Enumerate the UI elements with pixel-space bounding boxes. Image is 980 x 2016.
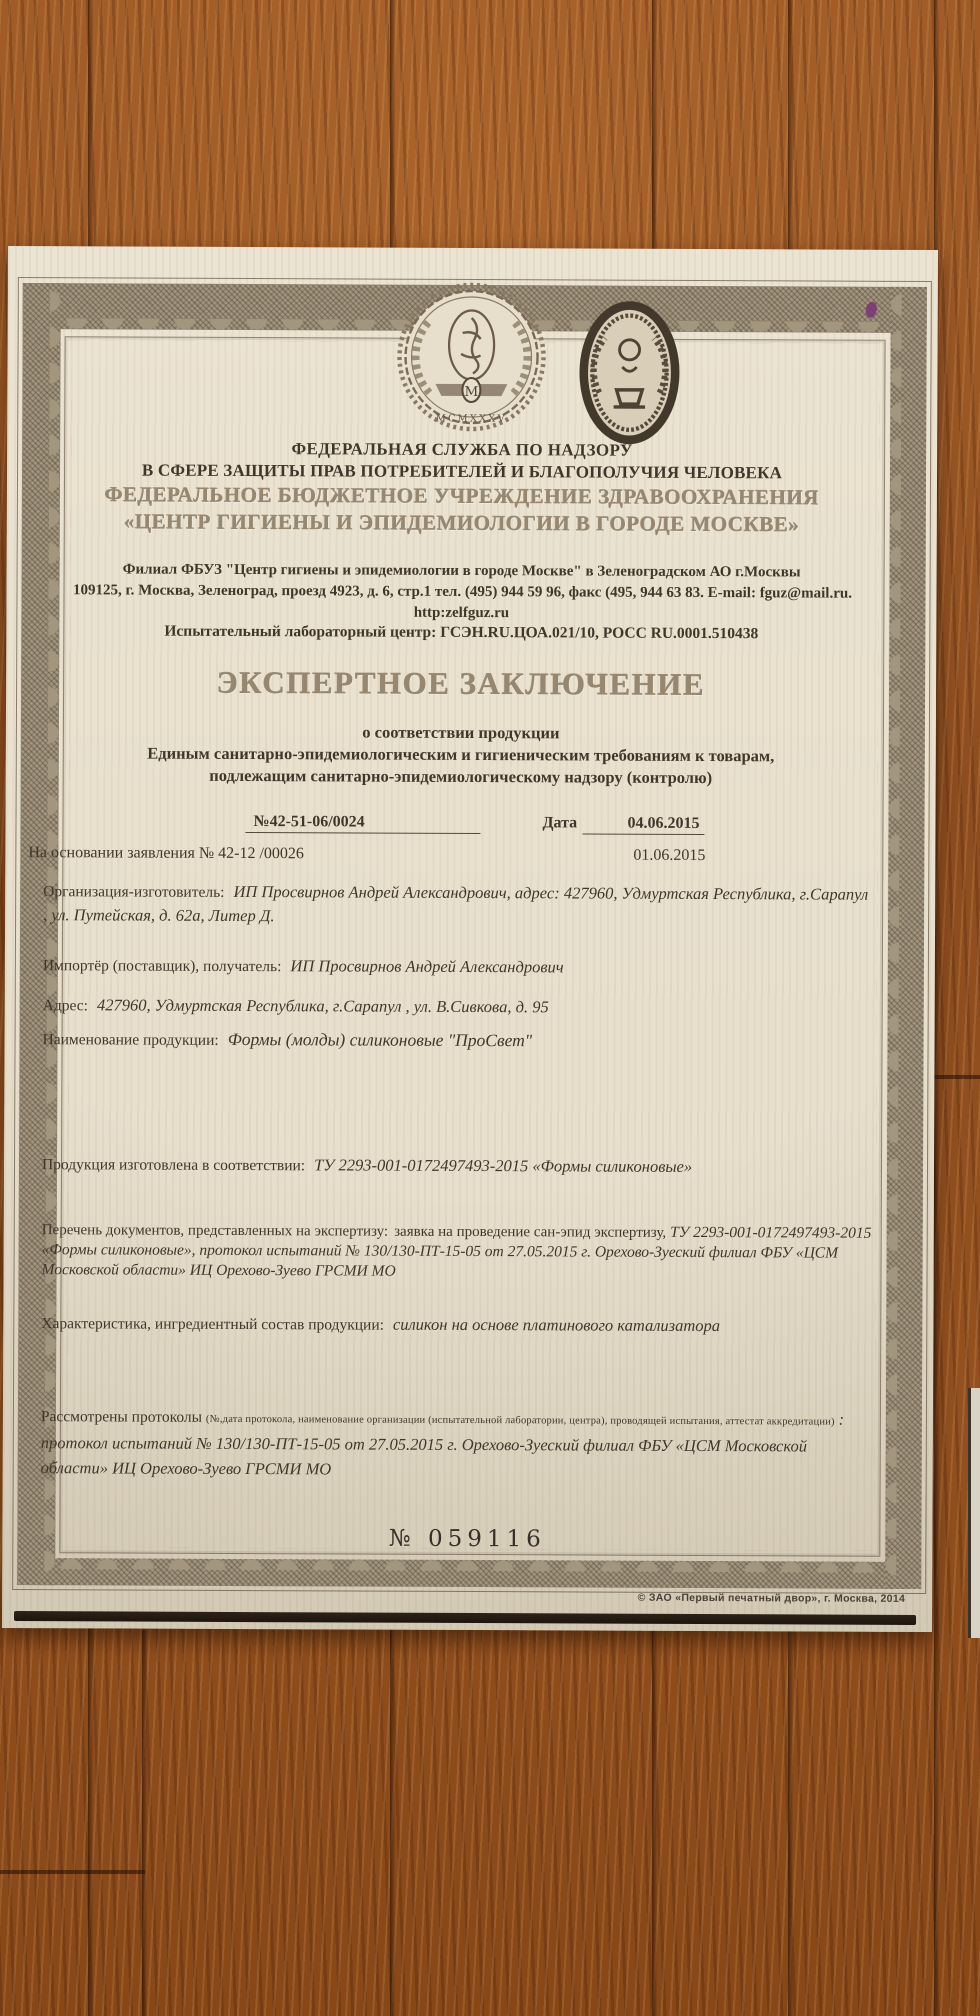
date-label: Дата <box>542 814 577 832</box>
field-made-according-to: Продукция изготовлена в соответствии:ТУ … <box>42 1152 872 1180</box>
field-label: Характеристика, ингредиентный состав про… <box>41 1315 384 1333</box>
adjacent-sheet-edge <box>968 1388 980 1638</box>
protocols-label: Рассмотрены протоколы <box>41 1408 202 1426</box>
field-product-name: Наименование продукции:Формы (молды) сил… <box>43 1027 873 1055</box>
field-label: Импортёр (поставщик), получатель: <box>43 957 282 975</box>
field-value: Формы (молды) силиконовые "ПроСвет" <box>228 1029 533 1050</box>
certificate-number: №42-51-06/0024 <box>253 813 364 831</box>
agency-line-3: ФЕДЕРАЛЬНОЕ БЮДЖЕТНОЕ УЧРЕЖДЕНИЕ ЗДРАВОО… <box>47 482 877 511</box>
basis-row: На основании заявления № 42-12 /00026 01… <box>28 844 875 866</box>
serial-number: № 059116 <box>2 1524 932 1554</box>
certificate-sheet: M MCMXXXV ФЕДЕРАЛЬНАЯ СЛУЖБА ПО НАДЗОРУ … <box>2 246 938 1632</box>
agency-line-4: «ЦЕНТР ГИГИЕНЫ И ЭПИДЕМИОЛОГИИ В ГОРОДЕ … <box>47 509 877 538</box>
field-value: силикон на основе платинового катализато… <box>393 1315 720 1335</box>
document-title: ЭКСПЕРТНОЕ ЗАКЛЮЧЕНИЕ <box>46 664 876 704</box>
subtitle-line-1: о соответствии продукции <box>46 721 876 745</box>
branch-line: Филиал ФБУЗ "Центр гигиены и эпидемиолог… <box>47 561 877 582</box>
date-value: 04.06.2015 <box>627 815 699 833</box>
field-label: Наименование продукции: <box>43 1031 219 1049</box>
agency-line-1: ФЕДЕРАЛЬНАЯ СЛУЖБА ПО НАДЗОРУ <box>47 438 877 462</box>
pad-dark-edge <box>14 1611 916 1625</box>
field-label: Перечень документов, представленных на э… <box>42 1222 388 1240</box>
plank-joint <box>0 1870 145 1874</box>
svg-text:M: M <box>464 384 478 400</box>
lab-center-line: Испытательный лабораторный центр: ГСЭН.R… <box>46 622 876 644</box>
seal-caption: MCMXXXV <box>436 413 507 424</box>
plank-joint <box>930 1075 980 1079</box>
field-value: 427960, Удмуртская Республика, г.Сарапул… <box>97 995 549 1016</box>
field-label: Адрес: <box>43 997 88 1014</box>
field-value: ИП Просвирнов Андрей Александрович <box>290 956 563 976</box>
plank-seam <box>142 1630 147 2016</box>
field-manufacturer: Организация-изготовитель:ИП Просвирнов А… <box>43 879 873 931</box>
rosette-seal-icon: M MCMXXXV <box>395 282 548 445</box>
guilloche-border-right <box>885 287 927 1589</box>
subtitle-line-3: подлежащим санитарно-эпидемиологическому… <box>46 765 876 789</box>
field-documents-list: Перечень документов, представленных на э… <box>42 1220 872 1284</box>
field-value: ТУ 2293-001-0172497493-2015 «Формы силик… <box>314 1155 692 1176</box>
protocols-note: (№,дата протокола, наименование организа… <box>206 1414 835 1428</box>
agency-line-2: В СФЕРЕ ЗАЩИТЫ ПРАВ ПОТРЕБИТЕЛЕЙ И БЛАГО… <box>47 460 877 484</box>
field-importer: Импортёр (поставщик), получатель:ИП Прос… <box>43 953 873 981</box>
protocols-block: Рассмотрены протоколы (№,дата протокола,… <box>41 1404 871 1485</box>
field-plain-text: заявка на проведение сан-эпид экспертизу… <box>394 1224 666 1241</box>
field-label: Продукция изготовлена в соответствии: <box>42 1156 305 1174</box>
printer-copyright: © ЗАО «Первый печатный двор», г. Москва,… <box>638 1592 906 1605</box>
oval-emblem-icon <box>579 298 680 446</box>
basis-text: На основании заявления № 42-12 /00026 <box>28 844 304 862</box>
website-line: http:zelfguz.ru <box>46 603 876 624</box>
basis-date: 01.06.2015 <box>633 847 705 865</box>
field-label: Организация-изготовитель: <box>43 883 224 901</box>
guilloche-border-bottom <box>17 1558 921 1589</box>
subtitle-line-2: Единым санитарно-эпидемиологическим и ги… <box>46 743 876 767</box>
field-address: Адрес:427960, Удмуртская Республика, г.С… <box>43 993 873 1021</box>
field-composition: Характеристика, ингредиентный состав про… <box>41 1311 871 1339</box>
